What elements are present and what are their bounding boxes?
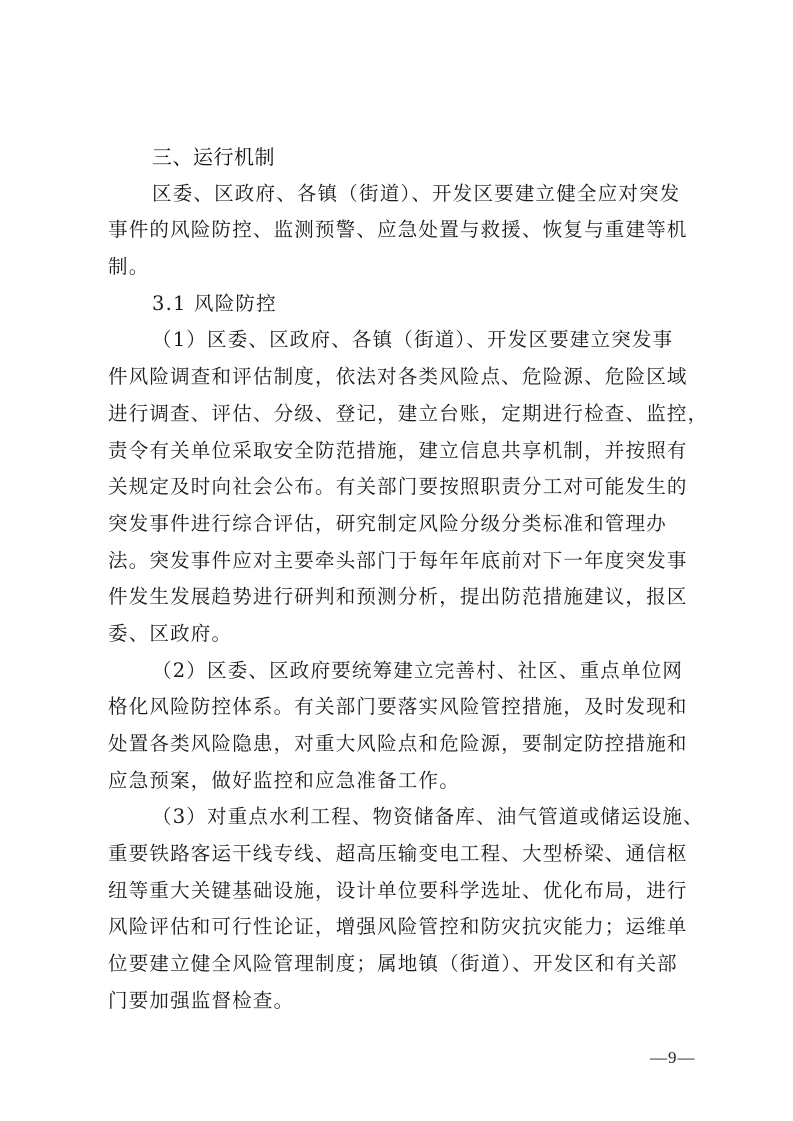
item-3-paragraph: （3）对重点水利工程、物资储备库、油气管道或储运设施、 重要铁路客运干线专线、超…: [108, 799, 698, 1019]
paragraph-line: （2）区委、区政府要统筹建立完善村、社区、重点单位网: [108, 653, 698, 690]
paragraph-line: 应急预案，做好监控和应急准备工作。: [108, 763, 698, 800]
paragraph-line: 突发事件进行综合评估，研究制定风险分级分类标准和管理办: [108, 506, 698, 543]
paragraph-line: 风险评估和可行性论证，增强风险管控和防灾抗灾能力；运维单: [108, 909, 698, 946]
paragraph-line: 责令有关单位采取安全防范措施，建立信息共享机制，并按照有: [108, 433, 698, 470]
item-1-paragraph: （1）区委、区政府、各镇（街道）、开发区要建立突发事 件风险调查和评估制度，依法…: [108, 322, 698, 652]
intro-paragraph: 区委、区政府、各镇（街道）、开发区要建立健全应对突发 事件的风险防控、监测预警、…: [108, 176, 698, 286]
item-2-paragraph: （2）区委、区政府要统筹建立完善村、社区、重点单位网 格化风险防控体系。有关部门…: [108, 653, 698, 800]
paragraph-line: 格化风险防控体系。有关部门要落实风险管控措施，及时发现和: [108, 689, 698, 726]
paragraph-line: 事件的风险防控、监测预警、应急处置与救援、恢复与重建等机: [108, 212, 698, 249]
paragraph-line: 重要铁路客运干线专线、超高压输变电工程、大型桥梁、通信枢: [108, 836, 698, 873]
page-number: —9—: [650, 1048, 696, 1068]
paragraph-line: 位要建立健全风险管理制度；属地镇（街道）、开发区和有关部: [108, 946, 698, 983]
paragraph-line: 制。: [108, 249, 698, 286]
paragraph-line: 处置各类风险隐患，对重大风险点和危险源，要制定防控措施和: [108, 726, 698, 763]
paragraph-line: 纽等重大关键基础设施，设计单位要科学选址、优化布局，进行: [108, 873, 698, 910]
section-heading: 三、运行机制: [108, 139, 698, 176]
document-page: 三、运行机制 区委、区政府、各镇（街道）、开发区要建立健全应对突发 事件的风险防…: [0, 0, 793, 1121]
subsection-heading: 3.1 风险防控: [108, 286, 698, 323]
paragraph-line: 件发生发展趋势进行研判和预测分析，提出防范措施建议，报区: [108, 579, 698, 616]
paragraph-line: （3）对重点水利工程、物资储备库、油气管道或储运设施、: [108, 799, 698, 836]
paragraph-line: 关规定及时向社会公布。有关部门要按照职责分工对可能发生的: [108, 469, 698, 506]
paragraph-line: 法。突发事件应对主要牵头部门于每年年底前对下一年度突发事: [108, 543, 698, 580]
paragraph-line: 进行调查、评估、分级、登记，建立台账，定期进行检查、监控，: [108, 396, 698, 433]
page-body: 三、运行机制 区委、区政府、各镇（街道）、开发区要建立健全应对突发 事件的风险防…: [108, 139, 698, 1020]
paragraph-line: 件风险调查和评估制度，依法对各类风险点、危险源、危险区域: [108, 359, 698, 396]
paragraph-line: 委、区政府。: [108, 616, 698, 653]
paragraph-line: （1）区委、区政府、各镇（街道）、开发区要建立突发事: [108, 322, 698, 359]
paragraph-line: 区委、区政府、各镇（街道）、开发区要建立健全应对突发: [108, 176, 698, 213]
paragraph-line: 门要加强监督检查。: [108, 983, 698, 1020]
